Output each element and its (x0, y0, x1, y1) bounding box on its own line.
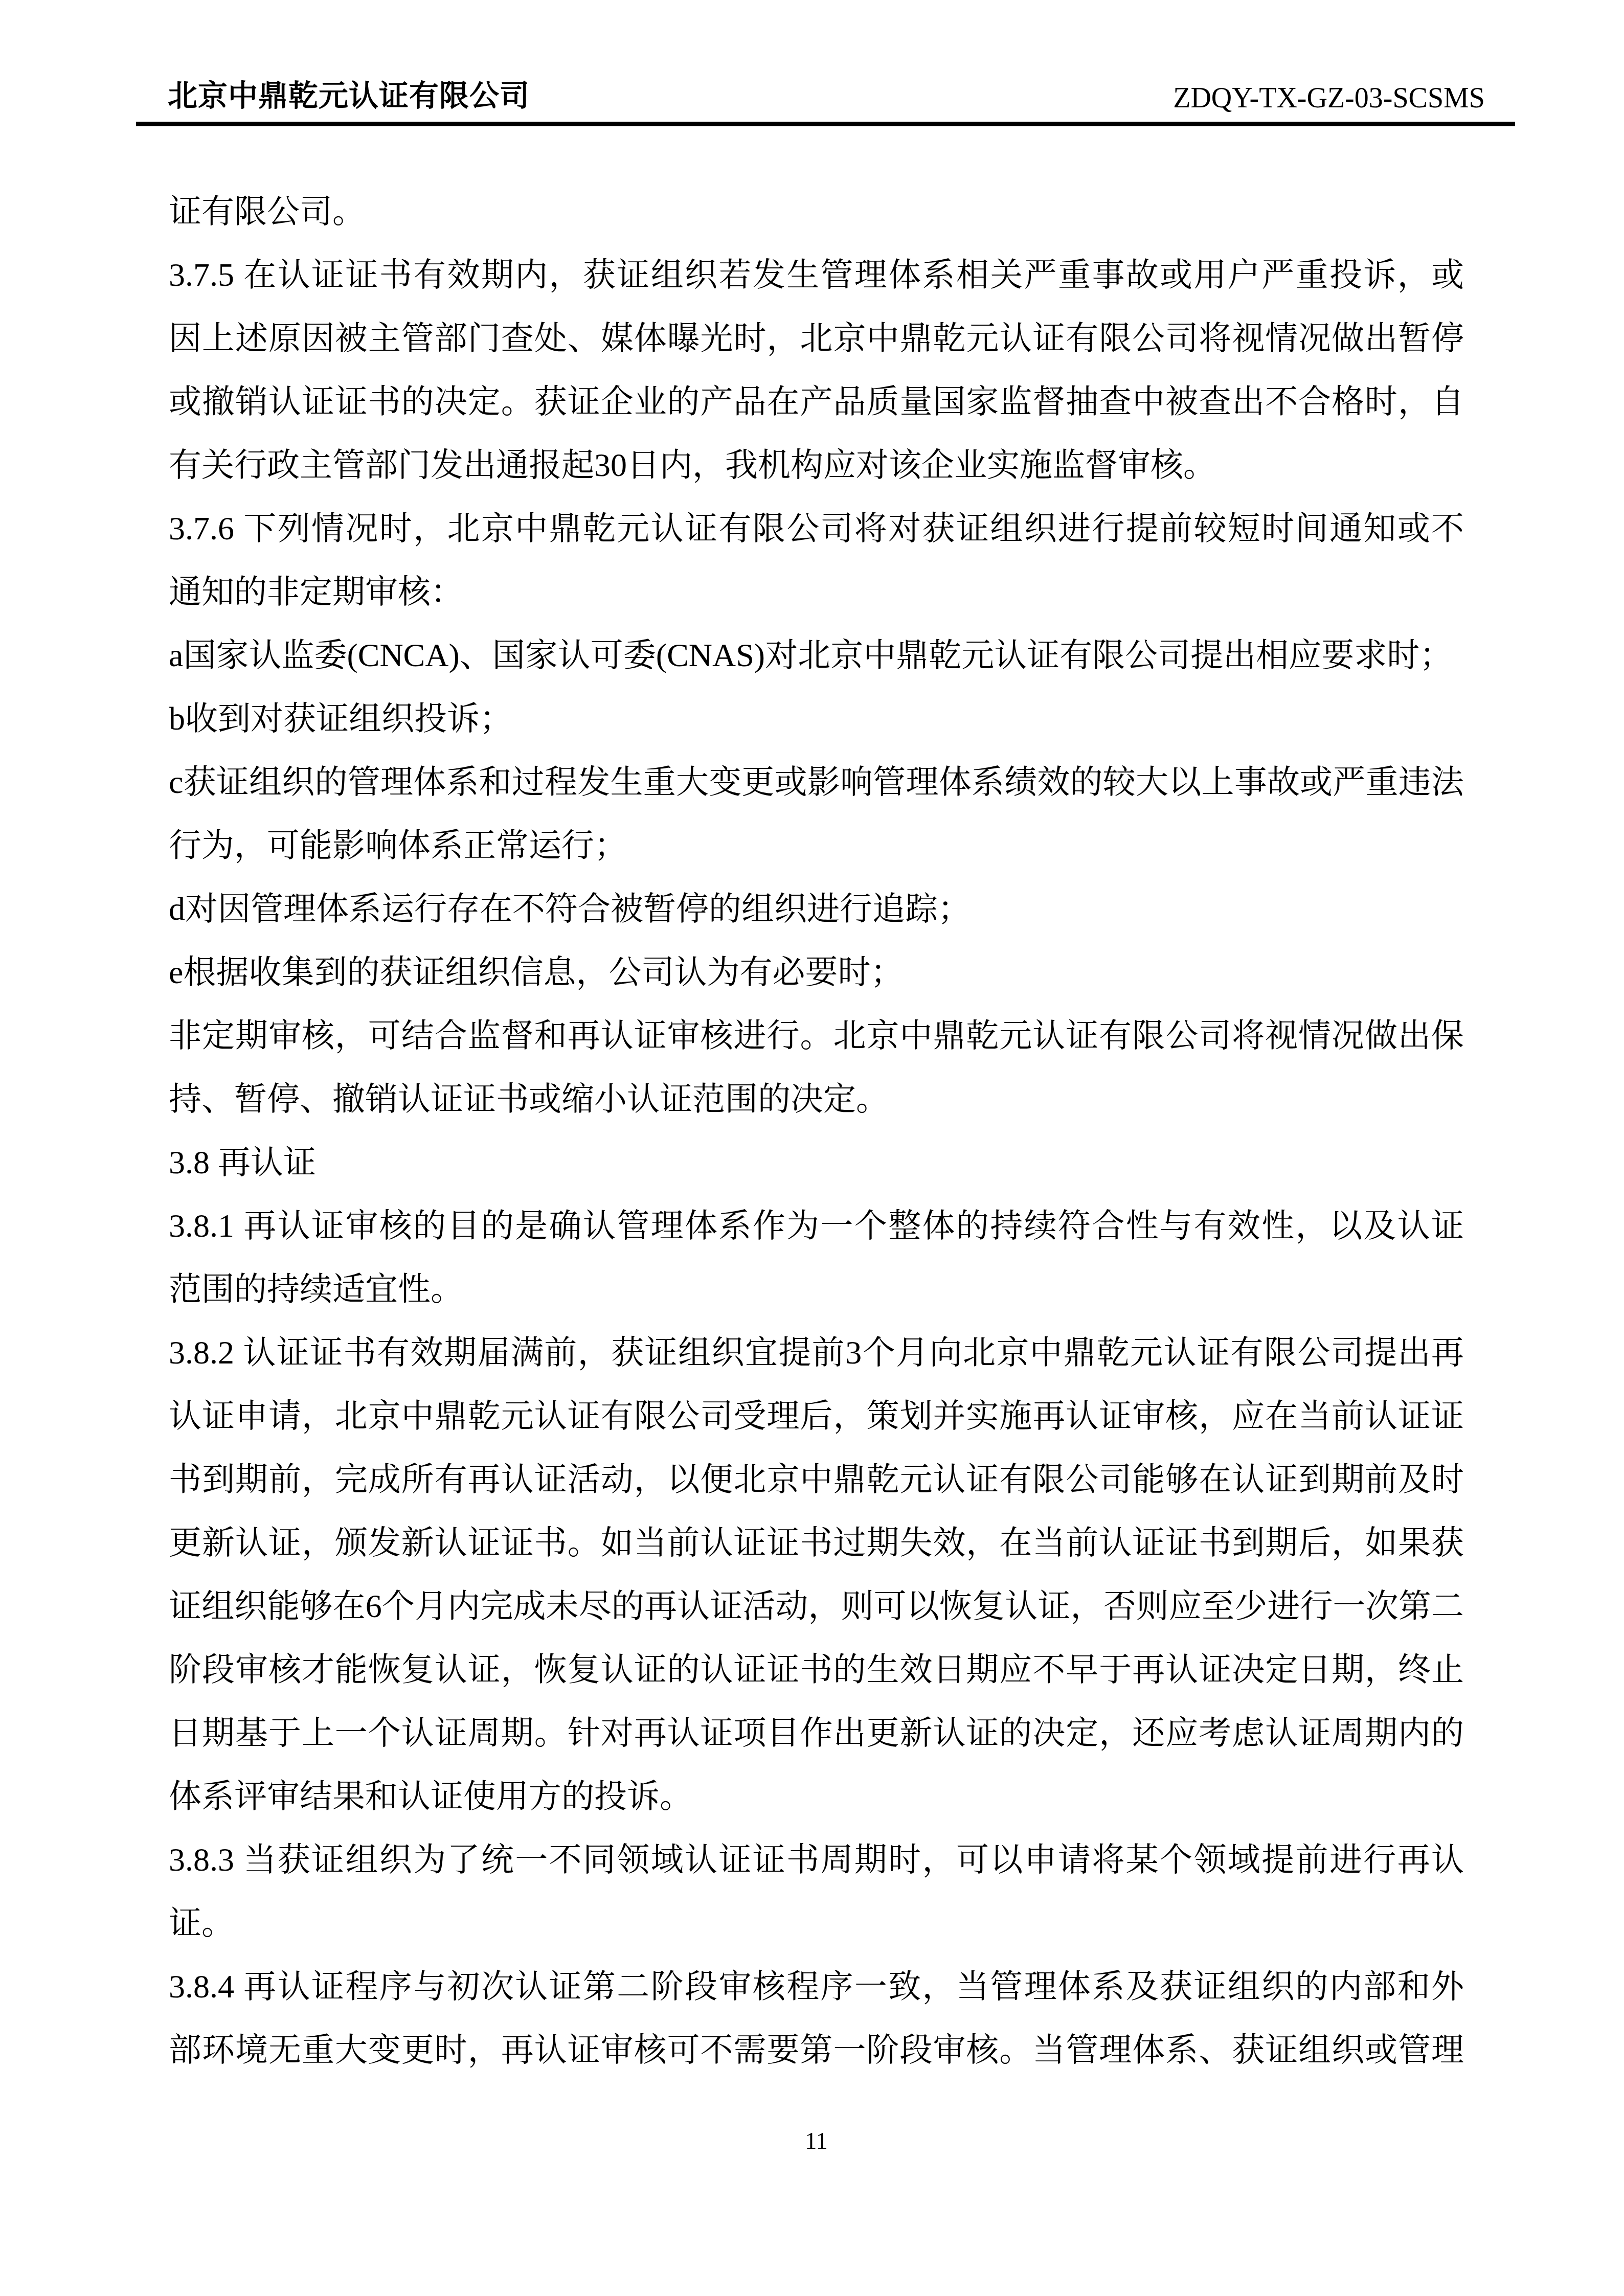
body-text: 证有限公司。3.7.5 在认证证书有效期内，获证组织若发生管理体系相关严重事故或… (169, 180, 1464, 2082)
text-line: 证。 (169, 1892, 1464, 1955)
text-line: 3.8.1 再认证审核的目的是确认管理体系作为一个整体的持续符合性与有效性，以及… (169, 1194, 1464, 1258)
text-line: 行为，可能影响体系正常运行； (169, 814, 1464, 877)
text-line: 通知的非定期审核： (169, 560, 1464, 624)
text-line: 3.8.4 再认证程序与初次认证第二阶段审核程序一致，当管理体系及获证组织的内部… (169, 1955, 1464, 2018)
text-line: e根据收集到的获证组织信息，公司认为有必要时； (169, 941, 1464, 1004)
page-number: 11 (169, 2126, 1464, 2156)
text-line: 3.7.5 在认证证书有效期内，获证组织若发生管理体系相关严重事故或用户严重投诉… (169, 243, 1464, 307)
text-line: 3.8.3 当获证组织为了统一不同领域认证证书周期时，可以申请将某个领域提前进行… (169, 1828, 1464, 1892)
document-page: 北京中鼎乾元认证有限公司 ZDQY-TX-GZ-03-SCSMS 证有限公司。3… (0, 0, 1624, 2296)
text-line: 3.7.6 下列情况时，北京中鼎乾元认证有限公司将对获证组织进行提前较短时间通知… (169, 497, 1464, 560)
text-line: 书到期前，完成所有再认证活动，以便北京中鼎乾元认证有限公司能够在认证到期前及时 (169, 1448, 1464, 1511)
text-line: 3.8 再认证 (169, 1131, 1464, 1194)
text-line: 非定期审核，可结合监督和再认证审核进行。北京中鼎乾元认证有限公司将视情况做出保 (169, 1004, 1464, 1067)
header-company-name: 北京中鼎乾元认证有限公司 (168, 80, 530, 112)
text-line: c获证组织的管理体系和过程发生重大变更或影响管理体系绩效的较大以上事故或严重违法 (169, 751, 1464, 814)
text-line: 阶段审核才能恢复认证，恢复认证的认证证书的生效日期应不早于再认证决定日期，终止 (169, 1638, 1464, 1701)
text-line: 有关行政主管部门发出通报起30日内，我机构应对该企业实施监督审核。 (169, 434, 1464, 497)
text-line: 持、暂停、撤销认证证书或缩小认证范围的决定。 (169, 1067, 1464, 1131)
text-line: d对因管理体系运行存在不符合被暂停的组织进行追踪； (169, 877, 1464, 941)
text-line: 体系评审结果和认证使用方的投诉。 (169, 1765, 1464, 1828)
text-line: 更新认证，颁发新认证证书。如当前认证证书过期失效，在当前认证证书到期后，如果获 (169, 1511, 1464, 1575)
text-line: a国家认监委(CNCA)、国家认可委(CNAS)对北京中鼎乾元认证有限公司提出相… (169, 624, 1464, 687)
text-line: 部环境无重大变更时，再认证审核可不需要第一阶段审核。当管理体系、获证组织或管理 (169, 2018, 1464, 2082)
text-line: 3.8.2 认证证书有效期届满前，获证组织宜提前3个月向北京中鼎乾元认证有限公司… (169, 1321, 1464, 1384)
text-line: b收到对获证组织投诉； (169, 687, 1464, 751)
text-line: 因上述原因被主管部门查处、媒体曝光时，北京中鼎乾元认证有限公司将视情况做出暂停 (169, 307, 1464, 370)
text-line: 或撤销认证证书的决定。获证企业的产品在产品质量国家监督抽查中被查出不合格时，自 (169, 370, 1464, 434)
text-line: 证组织能够在6个月内完成未尽的再认证活动，则可以恢复认证，否则应至少进行一次第二 (169, 1575, 1464, 1638)
text-line: 证有限公司。 (169, 180, 1464, 243)
header-doc-code: ZDQY-TX-GZ-03-SCSMS (1173, 83, 1485, 113)
text-line: 范围的持续适宜性。 (169, 1258, 1464, 1321)
header-rule (136, 122, 1515, 126)
text-line: 日期基于上一个认证周期。针对再认证项目作出更新认证的决定，还应考虑认证周期内的 (169, 1701, 1464, 1765)
text-line: 认证申请，北京中鼎乾元认证有限公司受理后，策划并实施再认证审核，应在当前认证证 (169, 1384, 1464, 1448)
